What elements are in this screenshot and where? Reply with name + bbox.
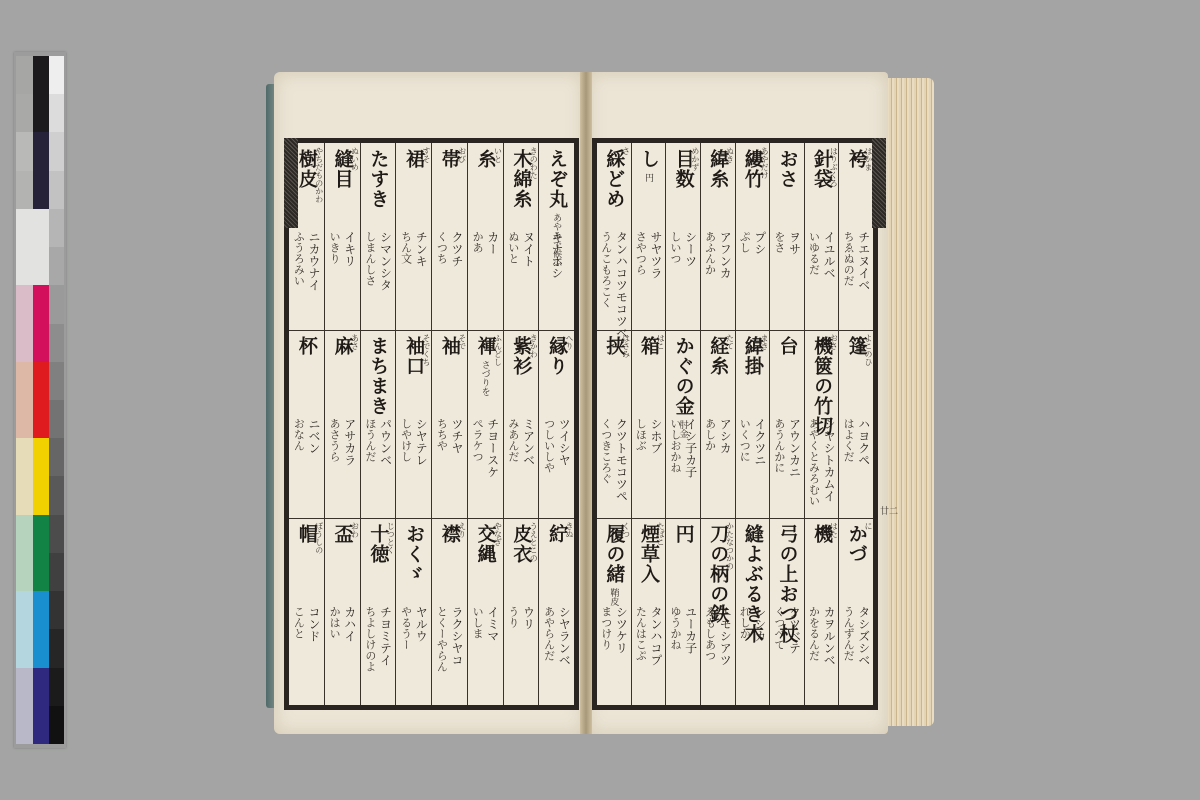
ainu-reading-katakana: サヤツラ — [649, 231, 662, 279]
entry-readings: キナホシ — [539, 231, 574, 279]
ainu-reading-hiragana: とくーやらん — [436, 606, 448, 672]
ainu-reading-katakana: カー — [486, 231, 499, 255]
ainu-reading-hiragana: ゑもしあつ — [704, 606, 716, 666]
entry-headword: かぐの金 — [674, 336, 693, 416]
entry-headword: 縁り — [547, 336, 566, 376]
ainu-reading-hiragana: やるうー — [400, 606, 412, 650]
entry-readings: ハヨクペはよくだ — [839, 418, 873, 466]
calibration-swatch — [49, 171, 64, 209]
ainu-reading-hiragana: たんはこぷ — [635, 606, 647, 666]
glossary-entry: 煙草入たばこタンハコプたんはこぷ — [631, 518, 666, 705]
ainu-reading-katakana: キナホシ — [550, 231, 563, 279]
entry-headword: えぞ丸 — [547, 149, 566, 209]
entry-headword: 円 — [674, 524, 693, 544]
entry-gloss: さづりを — [479, 360, 492, 396]
glossary-entry: 履の緒くつ鞘皮シツケリまつけり — [597, 518, 631, 705]
glossary-entry: 木綿糸きのわたヌイトぬいと — [503, 143, 539, 330]
ainu-reading-katakana: シヤシトカムイ — [823, 418, 836, 506]
ainu-reading-hiragana: ぬいと — [507, 231, 519, 267]
entry-readings: チヨミテイちよしけのよ — [361, 606, 396, 672]
glossary-entry: 縫目ぬいめイキリいきり — [324, 143, 360, 330]
calibration-swatch — [49, 209, 64, 247]
ainu-reading-hiragana: しほぶ — [635, 418, 647, 454]
glossary-entry: 縫よぶるき木レシカれしか — [735, 518, 770, 705]
ainu-reading-hiragana: はよくだ — [843, 418, 855, 466]
glossary-entry: 杯ニベンおなん — [289, 330, 324, 517]
ainu-reading-katakana: イキリ — [343, 231, 356, 267]
glossary-entry: 円ユーカ子ゆうかね — [665, 518, 700, 705]
ainu-reading-hiragana: さやつら — [635, 231, 647, 279]
color-calibration-chart — [14, 52, 66, 748]
entry-headword: 袴 — [847, 149, 866, 169]
entry-readings: クツチくつち — [432, 231, 467, 267]
ainu-reading-katakana: アウンカニ — [788, 418, 801, 478]
calibration-swatch — [49, 400, 64, 438]
calibration-swatch — [49, 515, 64, 553]
ainu-reading-katakana: ユーカ子 — [684, 606, 697, 654]
calibration-column-tints — [16, 56, 33, 744]
glossary-entry: 針袋はりぶくろイユルベいゆるだ — [804, 143, 839, 330]
entry-headword: 裙 — [404, 149, 423, 169]
ainu-reading-katakana: ヲサ — [788, 231, 801, 255]
ainu-reading-hiragana: ゆうかね — [669, 606, 681, 654]
ainu-reading-katakana: イユルベ — [823, 231, 836, 279]
entry-readings: アフンカあふんか — [701, 231, 735, 279]
entry-headword: し — [639, 149, 658, 169]
entry-furigana: たて — [726, 334, 734, 350]
entry-readings: パウンベほうんだ — [361, 418, 396, 466]
calibration-swatch — [33, 476, 49, 514]
ainu-reading-hiragana: あうんかに — [773, 418, 785, 478]
entry-furigana: おわ — [351, 522, 359, 538]
calibration-swatch — [16, 706, 33, 744]
entry-furigana: ぬいめ — [351, 147, 359, 171]
calibration-swatch — [16, 476, 33, 514]
entry-furigana: かたなつかの — [726, 522, 734, 570]
ainu-reading-katakana: イクツニ — [753, 418, 766, 466]
calibration-swatch — [49, 362, 64, 400]
entry-headword: 袖口 — [404, 336, 423, 376]
ainu-reading-hiragana: いゆるだ — [808, 231, 820, 279]
left-page-ornament-tab — [284, 138, 298, 228]
calibration-swatch — [49, 56, 64, 94]
entry-headword: たすき — [368, 149, 387, 209]
entry-readings: ヤルウやるうー — [396, 606, 431, 650]
entry-headword: 綵どめ — [604, 149, 623, 209]
entry-headword: 交縄 — [476, 524, 495, 564]
glossary-band: 篷よこのひハヨクペはよくだ機篋の竹切おさシヤシトカムイあやくとみろむい台アウンカ… — [597, 330, 873, 518]
glossary-band: 袴はかまチエヌイベちゑぬのだ針袋はりぶくろイユルベいゆるだおさヲサをさ縷竹あやだ… — [597, 143, 873, 331]
glossary-entry: 目数めかずシーツしいつ — [665, 143, 700, 330]
calibration-swatch — [16, 247, 33, 285]
glossary-entry: 緯掛まきイクツニいくつに — [735, 330, 770, 517]
calibration-swatch — [33, 629, 49, 667]
ainu-reading-katakana: シツケリ — [615, 606, 628, 654]
calibration-swatch — [33, 324, 49, 362]
entry-headword: 煙草入 — [639, 524, 658, 584]
glossary-entry: 篷よこのひハヨクペはよくだ — [838, 330, 873, 517]
ainu-reading-hiragana: かはい — [329, 606, 341, 642]
glossary-entry: 十徳じつとくチヨミテイちよしけのよ — [360, 518, 396, 705]
glossary-band: 紵きぬシヤランベあやらんだ皮衣うえとこのウリうり交縄やなぎイミマいしま襟えりラク… — [289, 518, 574, 705]
calibration-swatch — [16, 591, 33, 629]
entry-headword: 箱 — [639, 336, 658, 356]
entry-readings: ニカウナイふうろみい — [289, 231, 324, 291]
entry-readings: イクツニいくつに — [736, 418, 770, 466]
entry-headword: 履の緒 — [604, 524, 623, 584]
entry-furigana: うえとこの — [529, 522, 537, 562]
glossary-entry: 機はたカヲルンベかをるんだ — [804, 518, 839, 705]
ainu-reading-hiragana: かあ — [472, 231, 484, 255]
ainu-reading-katakana: アサカラ — [343, 418, 356, 466]
ainu-reading-hiragana: しいつ — [669, 231, 681, 267]
ainu-reading-hiragana: いしおかね — [669, 418, 681, 478]
entry-headword: 挟 — [604, 336, 623, 356]
entry-furigana: そでくち — [422, 334, 430, 366]
entry-readings: チエヌイベちゑぬのだ — [839, 231, 873, 291]
glossary-entry: 紵きぬシヤランベあやらんだ — [538, 518, 574, 705]
ainu-reading-hiragana: しやけし — [400, 418, 412, 466]
glossary-entry: 縁りへりツイシヤつしいしや — [538, 330, 574, 517]
entry-readings: ヲサをさ — [770, 231, 804, 255]
ainu-reading-hiragana: おなん — [293, 418, 305, 454]
ainu-reading-katakana: ウリ — [522, 606, 535, 630]
entry-readings: イユルベいゆるだ — [805, 231, 839, 279]
calibration-swatch — [49, 476, 64, 514]
calibration-swatch — [33, 171, 49, 209]
ainu-reading-katakana: カヲルンベ — [823, 606, 836, 666]
glossary-entry: まちまきパウンベほうんだ — [360, 330, 396, 517]
entry-headword: 縫目 — [333, 149, 352, 189]
calibration-column-saturated — [33, 56, 49, 744]
right-page-glossary-grid: 袴はかまチエヌイベちゑぬのだ針袋はりぶくろイユルベいゆるだおさヲサをさ縷竹あやだ… — [592, 138, 878, 710]
ainu-reading-hiragana: あさうら — [329, 418, 341, 466]
calibration-swatch — [49, 94, 64, 132]
entry-furigana: やなぎ — [494, 522, 502, 546]
calibration-swatch — [49, 629, 64, 667]
entry-readings: カーかあ — [468, 231, 503, 255]
entry-gloss: 鞘皮 — [607, 588, 620, 606]
ainu-reading-katakana: クツチ — [450, 231, 463, 267]
entry-headword: 帽 — [297, 524, 316, 544]
ainu-reading-katakana: シヤテレ — [415, 418, 428, 466]
ainu-reading-katakana: シホブ — [649, 418, 662, 454]
ainu-reading-katakana: ラクシヤコ — [450, 606, 463, 672]
entry-furigana: きかわ — [529, 334, 537, 358]
calibration-swatch — [16, 132, 33, 170]
glossary-entry: 箱はこシホブしほぶ — [631, 330, 666, 517]
calibration-swatch — [16, 56, 33, 94]
entry-readings: シマンシタしまんしさ — [361, 231, 396, 291]
entry-readings: ユーカ子ゆうかね — [666, 606, 700, 654]
ainu-reading-hiragana: いきり — [329, 231, 341, 267]
entry-readings: タンハコプたんはこぷ — [632, 606, 666, 666]
entry-readings: サヤツラさやつら — [632, 231, 666, 279]
ainu-reading-hiragana: ちん文 — [400, 231, 412, 267]
entry-headword: 緯糸 — [708, 149, 727, 189]
calibration-swatch — [16, 94, 33, 132]
entry-headword: 台 — [777, 336, 796, 356]
ainu-reading-katakana: チエヌイベ — [857, 231, 870, 291]
entry-readings: アサカラあさうら — [325, 418, 360, 466]
glossary-entry: 台アウンカニあうんかに — [769, 330, 804, 517]
calibration-swatch — [16, 553, 33, 591]
ainu-reading-hiragana: うんずんだ — [843, 606, 855, 666]
ainu-reading-katakana: プシ — [753, 231, 766, 255]
ainu-reading-hiragana: ちよしけのよ — [364, 606, 376, 672]
entry-headword: 紵 — [547, 524, 566, 544]
calibration-swatch — [49, 438, 64, 476]
glossary-entry: 袖そでツチヤちちや — [431, 330, 467, 517]
entry-headword: かづ — [847, 524, 866, 564]
ainu-reading-katakana: タンハコプ — [649, 606, 662, 666]
glossary-band: かづにタシズシベうんずんだ機はたカヲルンベかをるんだ弓の上おつ杖クツベテくつべて… — [597, 518, 873, 705]
entry-furigana: はりぶくろ — [829, 147, 837, 187]
calibration-swatch — [33, 438, 49, 476]
calibration-swatch — [33, 362, 49, 400]
entry-headword: 縷竹 — [743, 149, 762, 189]
entry-readings: アシカあしか — [701, 418, 735, 454]
ainu-reading-hiragana: くつべて — [773, 606, 785, 654]
glossary-entry: おさヲサをさ — [769, 143, 804, 330]
ainu-reading-katakana: コンド — [307, 606, 320, 642]
glossary-entry: たすきシマンシタしまんしさ — [360, 143, 396, 330]
ainu-reading-katakana: タシズシベ — [857, 606, 870, 666]
entry-headword: 杯 — [297, 336, 316, 356]
calibration-swatch — [16, 171, 33, 209]
calibration-swatch — [33, 706, 49, 744]
glossary-entry: 帽ぼうしのコンドこんと — [289, 518, 324, 705]
entry-furigana: すそ — [422, 147, 430, 163]
book-gutter — [580, 72, 592, 734]
ainu-reading-katakana: レシカ — [753, 606, 766, 642]
entry-headword: 経糸 — [708, 336, 727, 376]
entry-readings: シヤシトカムイあやくとみろむい — [805, 418, 839, 506]
entry-furigana: いと — [494, 147, 502, 163]
calibration-swatch — [49, 668, 64, 706]
ainu-reading-hiragana: あしか — [704, 418, 716, 454]
calibration-swatch — [49, 706, 64, 744]
glossary-band: えぞ丸あやみで候ふキナホシ木綿糸きのわたヌイトぬいと糸いとカーかあ帯おびクツチく… — [289, 143, 574, 331]
entry-furigana: へり — [565, 334, 573, 350]
entry-headword: おさ — [777, 149, 796, 189]
left-page-glossary-grid: えぞ丸あやみで候ふキナホシ木綿糸きのわたヌイトぬいと糸いとカーかあ帯おびクツチく… — [284, 138, 579, 710]
ainu-reading-katakana: ハヨクペ — [857, 418, 870, 466]
entry-headword: 盃 — [333, 524, 352, 544]
ainu-reading-hiragana: いくつに — [739, 418, 751, 466]
entry-furigana: じつとく — [386, 522, 394, 554]
ainu-reading-katakana: シヤランベ — [558, 606, 571, 666]
entry-furigana: そで — [458, 334, 466, 350]
ainu-reading-katakana: タンハコツモコツベ — [615, 231, 628, 339]
ainu-reading-katakana: チヨースケ — [486, 418, 499, 478]
ainu-reading-katakana: シマンシタ — [379, 231, 392, 291]
entry-furigana: よこのひ — [864, 334, 872, 366]
entry-readings: アウンカニあうんかに — [770, 418, 804, 478]
entry-furigana: はた — [829, 522, 837, 538]
calibration-swatch — [49, 324, 64, 362]
glossary-entry: 褌ふんどしさづりをチヨースケぺラケつ — [467, 330, 503, 517]
calibration-swatch — [49, 247, 64, 285]
ainu-reading-hiragana: くつち — [436, 231, 448, 267]
entry-furigana: あさ — [351, 334, 359, 350]
right-page-ornament-tab — [872, 138, 886, 228]
entry-furigana: はかま — [864, 147, 872, 171]
entry-readings: ウリうり — [504, 606, 539, 630]
entry-headword: 襟 — [440, 524, 459, 544]
glossary-entry: 糸いとカーかあ — [467, 143, 503, 330]
ainu-reading-hiragana: れしか — [739, 606, 751, 642]
entry-readings: イミマいしま — [468, 606, 503, 642]
glossary-entry: かづにタシズシベうんずんだ — [838, 518, 873, 705]
glossary-entry: 皮衣うえとこのウリうり — [503, 518, 539, 705]
entry-readings: チンキちん文 — [396, 231, 431, 267]
calibration-swatch — [16, 324, 33, 362]
calibration-swatch — [33, 285, 49, 323]
entry-headword: 木綿糸 — [511, 149, 530, 209]
entry-furigana: おさ — [829, 334, 837, 350]
glossary-entry: 盃おわカハイかはい — [324, 518, 360, 705]
calibration-swatch — [16, 438, 33, 476]
calibration-swatch — [49, 553, 64, 591]
calibration-swatch — [16, 515, 33, 553]
ainu-reading-hiragana: つしいしや — [543, 418, 555, 473]
calibration-swatch — [16, 629, 33, 667]
calibration-swatch — [16, 362, 33, 400]
calibration-swatch — [49, 132, 64, 170]
ainu-reading-katakana: ミアンベ — [522, 418, 535, 466]
glossary-band: 縁りへりツイシヤつしいしや紫衫きかわミアンベみあんだ褌ふんどしさづりをチヨースケ… — [289, 330, 574, 518]
calibration-swatch — [33, 668, 49, 706]
glossary-entry: 縷竹あやだけプシぷし — [735, 143, 770, 330]
entry-furigana: さ — [622, 147, 630, 155]
calibration-swatch — [33, 209, 49, 247]
entry-readings: プシぷし — [736, 231, 770, 255]
entry-gloss: 円 — [642, 173, 655, 182]
ainu-reading-katakana: ヤルウ — [415, 606, 428, 650]
calibration-column-grayscale — [49, 56, 64, 744]
entry-headword: 十徳 — [368, 524, 387, 564]
ainu-reading-hiragana: ぷし — [739, 231, 751, 255]
entry-furigana: えり — [458, 522, 466, 538]
entry-headword: まちまき — [368, 336, 387, 416]
ainu-reading-katakana: イミマ — [486, 606, 499, 642]
entry-readings: ミアンベみあんだ — [504, 418, 539, 466]
glossary-entry: 交縄やなぎイミマいしま — [467, 518, 503, 705]
ainu-reading-hiragana: みあんだ — [507, 418, 519, 466]
page-fore-edge — [884, 78, 934, 726]
entry-furigana: に — [864, 522, 872, 530]
glossary-entry: 帯おびクツチくつち — [431, 143, 467, 330]
glossary-entry: えぞ丸あやみで候ふキナホシ — [538, 143, 574, 330]
entry-headword: 褌 — [476, 336, 495, 356]
glossary-entry: 襟えりラクシヤコとくーやらん — [431, 518, 467, 705]
entry-furigana: きのわた — [529, 147, 537, 179]
entry-headword: 袖 — [440, 336, 459, 356]
ainu-reading-katakana: ニカウナイ — [307, 231, 320, 291]
edge-page-number: 廿二 — [880, 504, 898, 517]
entry-readings: チヨースケぺラケつ — [468, 418, 503, 478]
glossary-entry: 紫衫きかわミアンベみあんだ — [503, 330, 539, 517]
entry-readings: エモシアツゑもしあつ — [701, 606, 735, 666]
calibration-swatch — [33, 132, 49, 170]
calibration-swatch — [33, 56, 49, 94]
calibration-swatch — [33, 94, 49, 132]
entry-headword: 機 — [812, 524, 831, 544]
ainu-reading-katakana: ツイシヤ — [558, 418, 571, 473]
ainu-reading-katakana: イシ子カ子 — [684, 418, 697, 478]
ainu-reading-hiragana: しまんしさ — [364, 231, 376, 291]
entry-readings: タシズシベうんずんだ — [839, 606, 873, 666]
ainu-reading-hiragana: まつけり — [600, 606, 612, 654]
entry-readings: カヲルンベかをるんだ — [805, 606, 839, 666]
entry-readings: クツベテくつべて — [770, 606, 804, 654]
entry-furigana: たばこ — [656, 522, 664, 546]
calibration-swatch — [49, 285, 64, 323]
entry-headword: 紫衫 — [511, 336, 530, 376]
glossary-entry: 刀の柄の鉄かたなつかのエモシアツゑもしあつ — [700, 518, 735, 705]
ainu-reading-hiragana: ほうんだ — [364, 418, 376, 466]
entry-readings: ニベンおなん — [289, 418, 324, 454]
entry-furigana: きぬ — [565, 522, 573, 538]
glossary-entry: 麻あさアサカラあさうら — [324, 330, 360, 517]
ainu-reading-katakana: クツトモコツペ — [615, 418, 628, 502]
entry-headword: 緯掛 — [743, 336, 762, 376]
entry-headword: 針袋 — [812, 149, 831, 189]
glossary-entry: 経糸たてアシカあしか — [700, 330, 735, 517]
glossary-entry: 挟はさみクツトモコツペくつきころぐ — [597, 330, 631, 517]
entry-headword: 麻 — [333, 336, 352, 356]
entry-furigana: あやだけ — [760, 147, 768, 179]
entry-readings: タンハコツモコツベうんこもろこく — [597, 231, 631, 339]
entry-readings: シヤテレしやけし — [396, 418, 431, 466]
calibration-swatch — [33, 515, 49, 553]
entry-readings: シーツしいつ — [666, 231, 700, 267]
glossary-entry: おくゞヤルウやるうー — [395, 518, 431, 705]
ainu-reading-hiragana: あやくとみろむい — [808, 418, 820, 506]
entry-furigana: ぬき — [726, 147, 734, 163]
ainu-reading-katakana: チンキ — [415, 231, 428, 267]
ainu-reading-katakana: ヌイト — [522, 231, 535, 267]
calibration-swatch — [16, 400, 33, 438]
ainu-reading-hiragana: くつきころぐ — [600, 418, 612, 502]
glossary-entry: 綵どめさタンハコツモコツベうんこもろこく — [597, 143, 631, 330]
ainu-reading-katakana: ニベン — [307, 418, 320, 454]
entry-furigana: くつ — [622, 522, 630, 538]
ainu-reading-hiragana: こんと — [293, 606, 305, 642]
entry-readings: ヌイトぬいと — [504, 231, 539, 267]
calibration-swatch — [33, 247, 49, 285]
ainu-reading-hiragana: をさ — [773, 231, 785, 255]
entry-readings: シホブしほぶ — [632, 418, 666, 454]
entry-readings: シヤランベあやらんだ — [539, 606, 574, 666]
ainu-reading-katakana: カハイ — [343, 606, 356, 642]
ainu-reading-katakana: パウンベ — [379, 418, 392, 466]
ainu-reading-katakana: シーツ — [684, 231, 697, 267]
ainu-reading-katakana: アフンカ — [719, 231, 732, 279]
entry-headword: 篷 — [847, 336, 866, 356]
entry-readings: クツトモコツペくつきころぐ — [597, 418, 631, 502]
entry-furigana: はさみ — [622, 334, 630, 358]
entry-readings: シツケリまつけり — [597, 606, 631, 654]
ainu-reading-hiragana: あやらんだ — [543, 606, 555, 666]
calibration-swatch — [16, 285, 33, 323]
entry-furigana: ふんどし — [494, 334, 502, 366]
glossary-entry: 機篋の竹切おさシヤシトカムイあやくとみろむい — [804, 330, 839, 517]
ainu-reading-hiragana: うり — [507, 606, 519, 630]
entry-furigana: やちだものかわ — [315, 147, 323, 203]
ainu-reading-hiragana: ぺラケつ — [472, 418, 484, 478]
